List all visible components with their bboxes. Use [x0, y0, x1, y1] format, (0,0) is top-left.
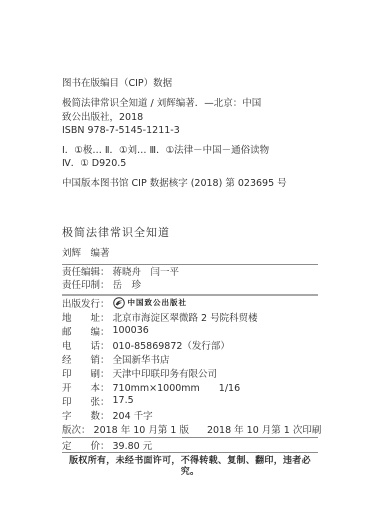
publisher-row: 出版发行： 中国致公出版社: [62, 296, 318, 310]
cip-line-2: 致公出版社，2018: [62, 111, 318, 125]
address-label: 地址: [62, 310, 100, 324]
colon: ：: [100, 352, 110, 366]
colon: ：: [100, 310, 110, 324]
edition-row: 版次： 2018 年 10 月第 1 版 2018 年 10 月第 1 次印刷: [62, 422, 318, 436]
wordcount-value: 204 千字: [113, 408, 153, 422]
book-author: 刘辉 编著: [62, 248, 318, 260]
address-row: 地址： 北京市海淀区翠微路 2 号院科贸楼: [62, 310, 318, 324]
format-row: 开本： 710mm×1000mm 1/16: [62, 380, 318, 394]
format-label: 开本: [62, 380, 100, 394]
colon: ：: [81, 422, 91, 436]
publisher-identity: 中国致公出版社: [113, 297, 188, 309]
phone-value: 010-85869872（发行部）: [113, 338, 230, 352]
price-row: 定价： 39.80 元: [62, 438, 318, 452]
price-label: 定价: [62, 438, 100, 452]
book-block: 极简法律常识全知道 刘辉 编著: [62, 226, 318, 260]
cip-record-number: 中国版本图书馆 CIP 数据核字 (2018) 第 023695 号: [62, 177, 318, 190]
colon: ：: [100, 438, 110, 452]
wordcount-label: 字数: [62, 408, 100, 422]
phone-label: 电话: [62, 338, 100, 352]
colon: ：: [100, 277, 110, 291]
address-value: 北京市海淀区翠微路 2 号院科贸楼: [113, 310, 258, 324]
sheets-label: 印张: [62, 394, 100, 408]
postcode-value: 100036: [113, 325, 149, 336]
colon: ：: [100, 324, 110, 338]
print-supervisor-row: 责任印制： 岳 珍: [62, 278, 318, 291]
printing-value: 天津中印联印务有限公司: [113, 366, 218, 380]
edition-label: 版次: [62, 422, 81, 436]
colon: ：: [100, 394, 110, 408]
distribution-label: 经销: [62, 352, 100, 366]
printing-row: 印刷： 天津中印联印务有限公司: [62, 366, 318, 380]
sheets-value: 17.5: [113, 395, 134, 406]
cip-block: 图书在版编目（CIP）数据 极简法律常识全知道 / 刘辉编著．—北京：中国 致公…: [62, 78, 318, 190]
copyright-notice: 版权所有，未经书面许可，不得转载、复制、翻印，违者必究。: [62, 456, 318, 478]
copyright-page: 图书在版编目（CIP）数据 极简法律常识全知道 / 刘辉编著．—北京：中国 致公…: [0, 0, 375, 478]
postcode-label: 邮编: [62, 324, 100, 338]
postcode-row: 邮编： 100036: [62, 324, 318, 338]
colon: ：: [100, 366, 110, 380]
edition-value: 2018 年 10 月第 1 版: [94, 422, 189, 436]
editor-row: 责任编辑： 蒋晓舟 闫一平: [62, 265, 318, 278]
cip-description: 极简法律常识全知道 / 刘辉编著．—北京：中国 致公出版社，2018 ISBN …: [62, 97, 318, 138]
wordcount-row: 字数： 204 千字: [62, 408, 318, 422]
distribution-value: 全国新华书店: [113, 352, 170, 366]
phone-row: 电话： 010-85869872（发行部）: [62, 338, 318, 352]
publisher-label: 出版发行: [62, 296, 100, 310]
zhigong-press-dove-icon: [113, 297, 125, 309]
editor-names: 蒋晓舟 闫一平: [113, 264, 180, 278]
printing-label: 印刷: [62, 366, 100, 380]
distribution-row: 经销： 全国新华书店: [62, 352, 318, 366]
price-value: 39.80 元: [113, 438, 153, 452]
colon: ：: [100, 380, 110, 394]
cip-header: 图书在版编目（CIP）数据: [62, 78, 318, 90]
colon: ：: [100, 264, 110, 278]
divider: [62, 452, 318, 453]
colon: ：: [100, 408, 110, 422]
colon: ：: [100, 338, 110, 352]
isbn: ISBN 978-7-5145-1211-3: [62, 124, 318, 138]
print-supervisor-name: 岳 珍: [113, 277, 142, 291]
impression-value: 2018 年 10 月第 1 次印刷: [207, 422, 321, 436]
cip-class-line-1: Ⅰ．①极… Ⅱ．①刘… Ⅲ．①法律－中国－通俗读物: [62, 144, 318, 158]
sheets-row: 印张： 17.5: [62, 394, 318, 408]
print-supervisor-label: 责任印制: [62, 277, 100, 291]
colon: ：: [100, 296, 110, 310]
publisher-name: 中国致公出版社: [128, 297, 188, 308]
editor-label: 责任编辑: [62, 264, 100, 278]
cip-classification: Ⅰ．①极… Ⅱ．①刘… Ⅲ．①法律－中国－通俗读物 Ⅳ．① D920.5: [62, 144, 318, 171]
book-title: 极简法律常识全知道: [62, 226, 318, 239]
cip-line-1: 极简法律常识全知道 / 刘辉编著．—北京：中国: [62, 97, 318, 111]
cip-class-line-2: Ⅳ．① D920.5: [62, 157, 318, 171]
format-value: 710mm×1000mm 1/16: [113, 380, 241, 394]
